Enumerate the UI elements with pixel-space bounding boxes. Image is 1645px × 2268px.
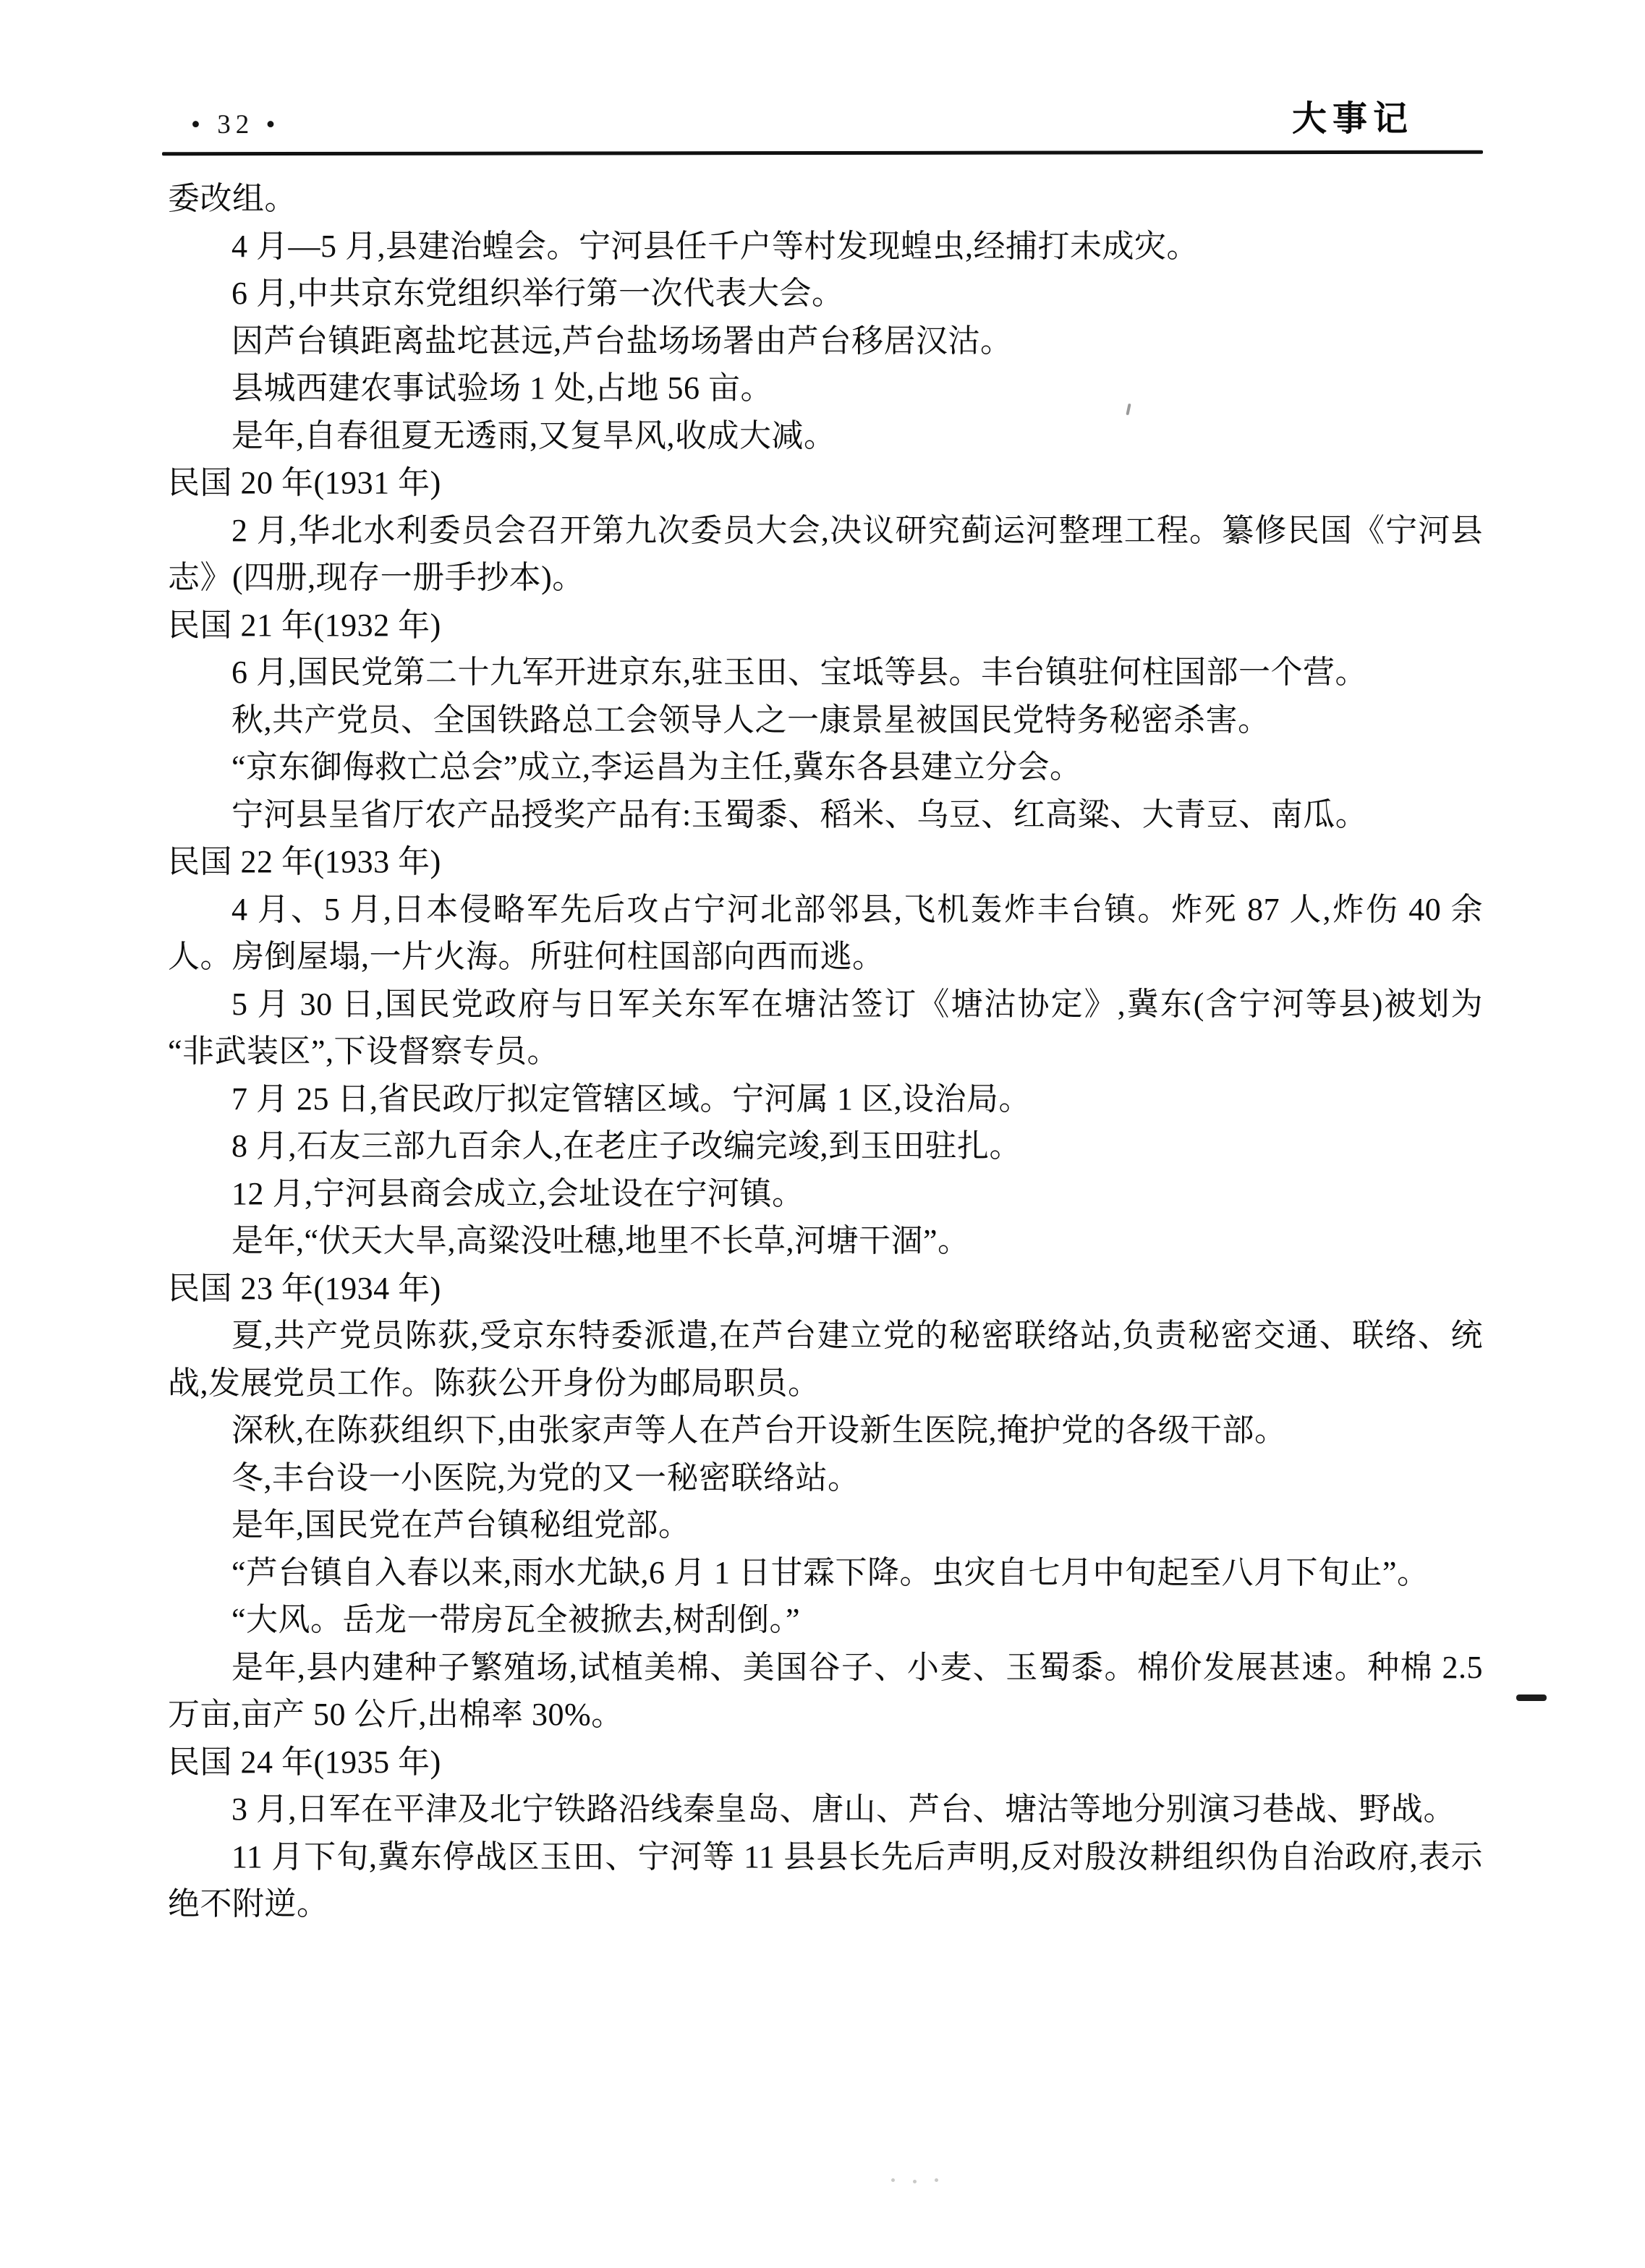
- year-heading: 民国 20 年(1931 年): [168, 459, 1483, 507]
- paragraph: 是年,“伏天大旱,高粱没吐穗,地里不长草,河塘干涸”。: [168, 1217, 1483, 1265]
- paragraph: 冬,丰台设一小医院,为党的又一秘密联络站。: [168, 1454, 1483, 1502]
- paragraph: 7 月 25 日,省民政厅拟定管辖区域。宁河属 1 区,设治局。: [168, 1075, 1483, 1123]
- paragraph: 11 月下旬,冀东停战区玉田、宁河等 11 县县长先后声明,反对殷汝耕组织伪自治…: [168, 1833, 1483, 1928]
- paragraph: 宁河县呈省厅农产品授奖产品有:玉蜀黍、稻米、乌豆、红高粱、大青豆、南瓜。: [168, 791, 1483, 839]
- paragraph: “大风。岳龙一带房瓦全被掀去,树刮倒。”: [168, 1596, 1483, 1644]
- header-rule: [162, 150, 1483, 156]
- year-heading: 民国 23 年(1934 年): [168, 1265, 1483, 1313]
- scan-artifact-dot: [935, 2178, 938, 2182]
- year-heading: 民国 24 年(1935 年): [168, 1739, 1483, 1786]
- paragraph: 夏,共产党员陈荻,受京东特委派遣,在芦台建立党的秘密联络站,负责秘密交通、联络、…: [168, 1312, 1483, 1407]
- scan-artifact-dot: [891, 2178, 895, 2182]
- paragraph: 因芦台镇距离盐坨甚远,芦台盐场场署由芦台移居汉沽。: [168, 317, 1483, 365]
- page-number: • 32 •: [191, 109, 280, 140]
- scanned-book-page: • 32 • 大事记 委改组。4 月—5 月,县建治蝗会。宁河县任千户等村发现蝗…: [0, 0, 1645, 2268]
- scan-artifact-dash: [1516, 1694, 1547, 1701]
- content: 委改组。4 月—5 月,县建治蝗会。宁河县任千户等村发现蝗虫,经捕打未成灾。6 …: [168, 175, 1483, 1928]
- year-heading: 民国 21 年(1932 年): [168, 602, 1483, 649]
- paragraph: 5 月 30 日,国民党政府与日军关东军在塘沽签订《塘沽协定》,冀东(含宁河等县…: [168, 981, 1483, 1075]
- paragraph: 深秋,在陈荻组织下,由张家声等人在芦台开设新生医院,掩护党的各级干部。: [168, 1407, 1483, 1454]
- paragraph: 委改组。: [168, 175, 1483, 223]
- page-header-title: 大事记: [1292, 90, 1414, 140]
- paragraph: 8 月,石友三部九百余人,在老庄子改编完竣,到玉田驻扎。: [168, 1122, 1483, 1170]
- paragraph: 秋,共产党员、全国铁路总工会领导人之一康景星被国民党特务秘密杀害。: [168, 696, 1483, 744]
- paragraph: “京东御侮救亡总会”成立,李运昌为主任,冀东各县建立分会。: [168, 743, 1483, 791]
- paragraph: 4 月—5 月,县建治蝗会。宁河县任千户等村发现蝗虫,经捕打未成灾。: [168, 223, 1483, 270]
- page-header: • 32 • 大事记: [191, 95, 1479, 140]
- paragraph: 是年,县内建种子繁殖场,试植美棉、美国谷子、小麦、玉蜀黍。棉价发展甚速。种棉 2…: [168, 1644, 1483, 1739]
- paragraph: 6 月,中共京东党组织举行第一次代表大会。: [168, 270, 1483, 317]
- paragraph: 6 月,国民党第二十九军开进京东,驻玉田、宝坻等县。丰台镇驻何柱国部一个营。: [168, 649, 1483, 696]
- paragraph: 12 月,宁河县商会成立,会址设在宁河镇。: [168, 1170, 1483, 1218]
- scan-artifact-dot: [913, 2180, 917, 2183]
- paragraph: 是年,国民党在芦台镇秘组党部。: [168, 1501, 1483, 1549]
- paragraph: “芦台镇自入春以来,雨水尤缺,6 月 1 日甘霖下降。虫灾自七月中旬起至八月下旬…: [168, 1549, 1483, 1597]
- year-heading: 民国 22 年(1933 年): [168, 838, 1483, 886]
- paragraph: 是年,自春徂夏无透雨,又复旱风,收成大减。: [168, 412, 1483, 460]
- paragraph: 2 月,华北水利委员会召开第九次委员大会,决议研究蓟运河整理工程。纂修民国《宁河…: [168, 507, 1483, 602]
- paragraph: 县城西建农事试验场 1 处,占地 56 亩。: [168, 364, 1483, 412]
- paragraph: 3 月,日军在平津及北宁铁路沿线秦皇岛、唐山、芦台、塘沽等地分别演习巷战、野战。: [168, 1786, 1483, 1833]
- paragraph: 4 月、5 月,日本侵略军先后攻占宁河北部邻县,飞机轰炸丰台镇。炸死 87 人,…: [168, 886, 1483, 981]
